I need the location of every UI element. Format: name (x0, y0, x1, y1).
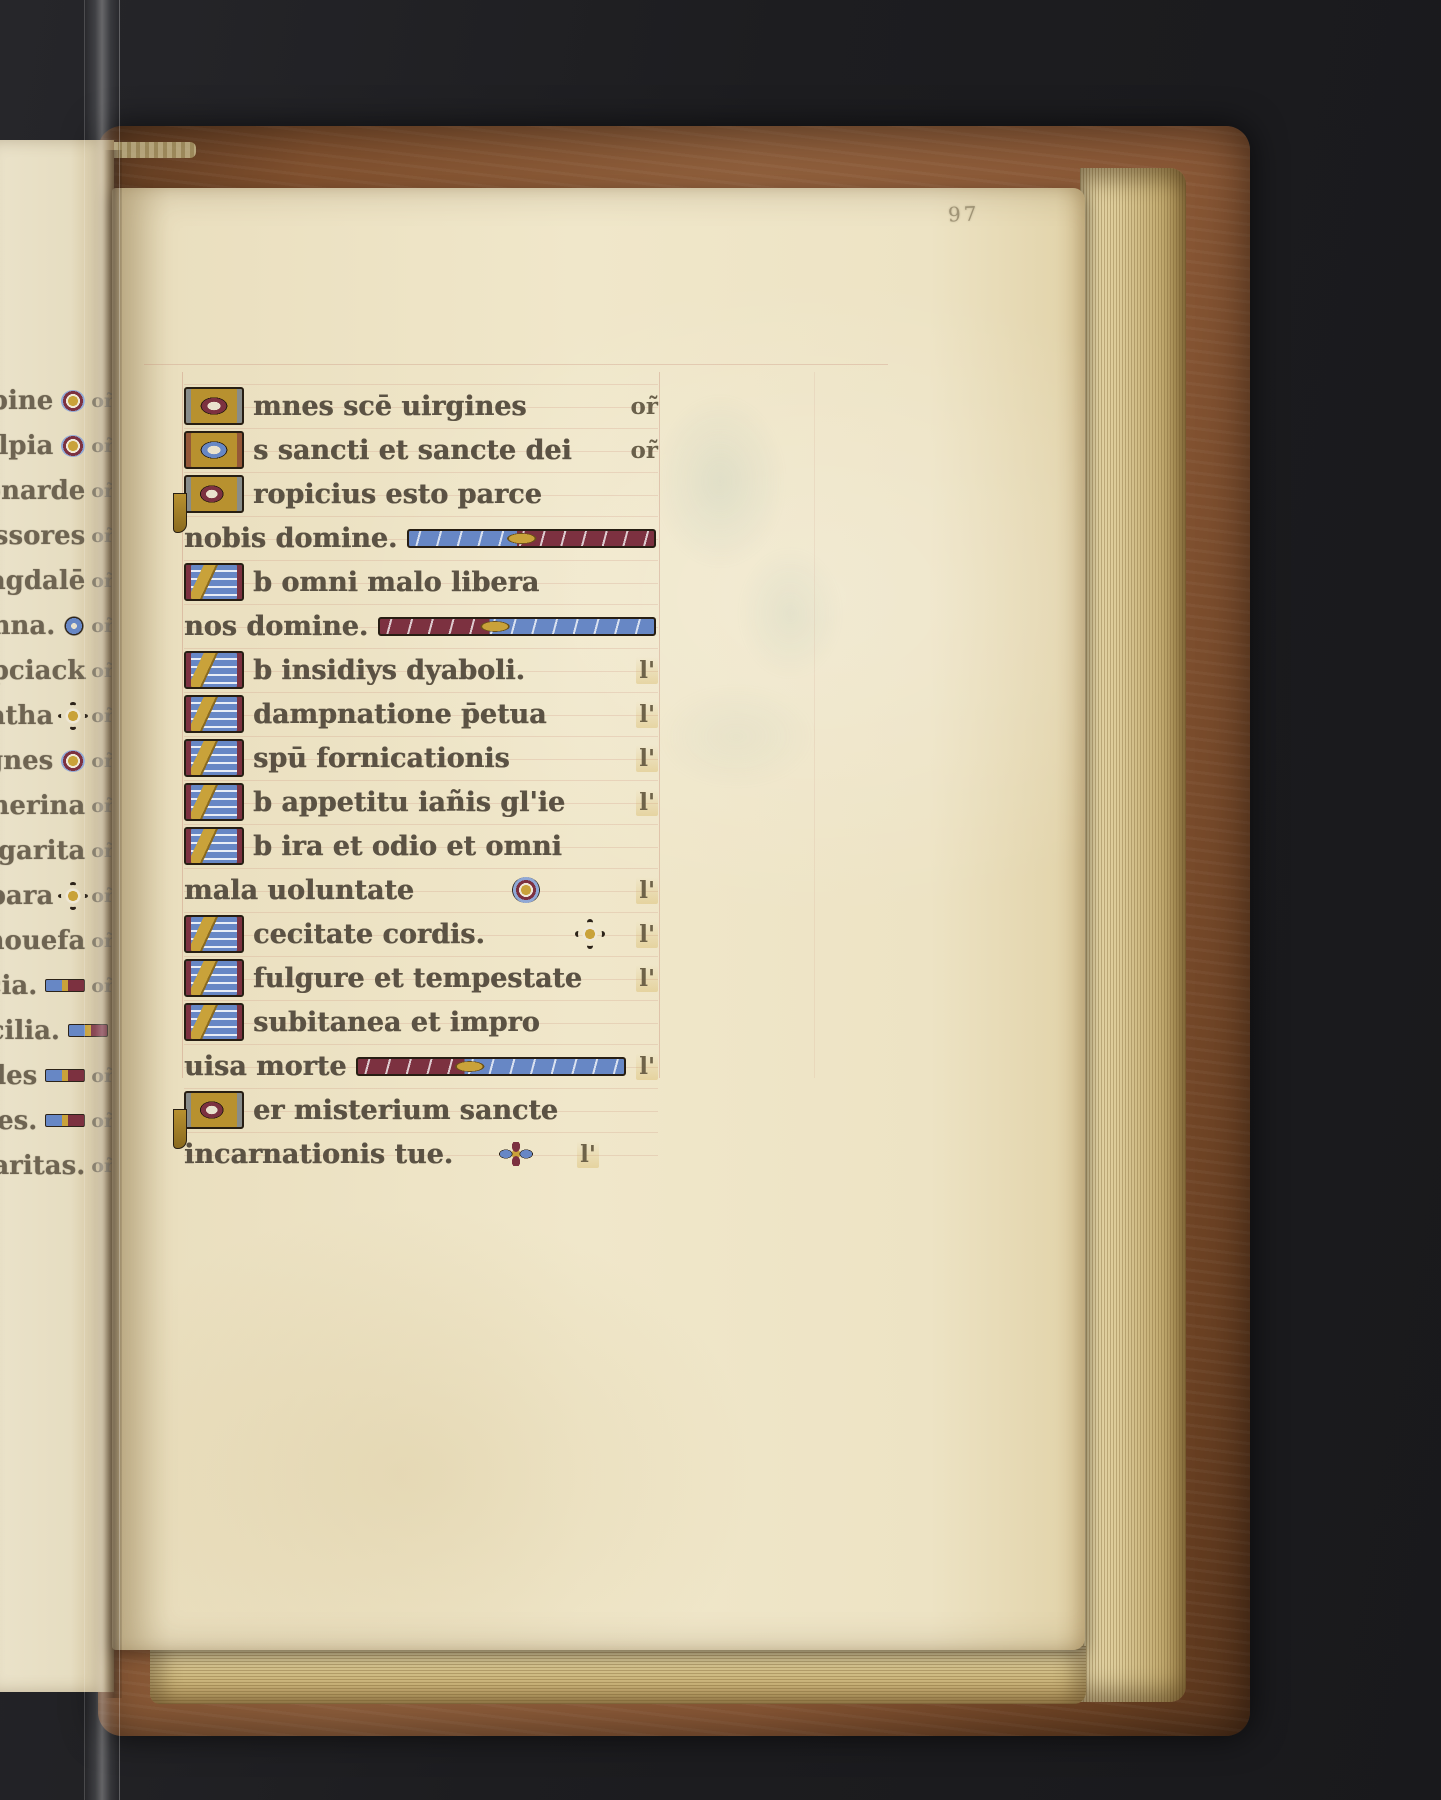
ruling-line-vertical (814, 372, 815, 1078)
illuminated-initial-A (184, 1003, 244, 1041)
illuminated-initial-A (184, 959, 244, 997)
illuminated-initial-A (184, 651, 244, 689)
illuminated-initial-A (184, 739, 244, 777)
right-page: 97 mnes scē uirginesor̃ s sancti et sanc… (112, 188, 1085, 1650)
text-line: b ira et odio et omni (184, 824, 658, 868)
flower-ornament-icon (61, 705, 85, 727)
roundel-ornament-icon (61, 750, 85, 772)
text-line: b appetitu iañis gl'iel' (184, 780, 658, 824)
text-line: nobis domine. (184, 516, 658, 560)
bottom-leaf-stack (150, 1646, 1086, 1704)
folio-number: 97 (948, 201, 980, 226)
text-line: uisa mortel' (184, 1044, 658, 1088)
text-line: fulgure et tempestatel' (184, 956, 658, 1000)
roundel-ornament-icon (61, 435, 85, 457)
roundel-ornament-icon (512, 877, 540, 903)
ruling-line-vertical (182, 372, 183, 1078)
text-line: b omni malo libera (184, 560, 658, 604)
line-filler-bar (378, 617, 656, 636)
line-filler-bar (45, 1114, 85, 1127)
illuminated-initial-A (184, 695, 244, 733)
illuminated-initial-P (184, 475, 244, 513)
fore-edge-leaf-stack (1080, 168, 1186, 1702)
illuminated-initial-A (184, 827, 244, 865)
text-line: nos domine. (184, 604, 658, 648)
text-line: incarnationis tue.l' (184, 1132, 658, 1176)
illuminated-initial-P (184, 1091, 244, 1129)
text-line: mnes scē uirginesor̃ (184, 384, 658, 428)
petal-flower-ornament-icon (499, 1142, 533, 1166)
glass-clamp-strip (84, 0, 120, 1800)
text-line: mala uoluntatel' (184, 868, 658, 912)
ruling-line-horizontal (144, 364, 888, 365)
line-filler-bar (356, 1057, 626, 1076)
line-filler-bar (45, 979, 85, 992)
text-line: subitanea et impro (184, 1000, 658, 1044)
line-filler-bar (45, 1069, 85, 1082)
text-line: cecitate cordis.l' (184, 912, 658, 956)
roundel-ornament-icon (61, 390, 85, 412)
illuminated-initial-A (184, 915, 244, 953)
flower-ornament-icon (63, 615, 85, 637)
illuminated-initial-A (184, 783, 244, 821)
flower-ornament-icon (578, 922, 602, 946)
text-line: ropicius esto parce (184, 472, 658, 516)
text-line: b insidiys dyaboli.l' (184, 648, 658, 692)
text-line: dampnatione p̄etual' (184, 692, 658, 736)
text-block: mnes scē uirginesor̃ s sancti et sancte … (184, 384, 658, 1176)
line-filler-bar (407, 529, 656, 548)
manuscript-photo: obineor̃ ulpiaor̃ onardeor̃ cōfessoresor… (0, 0, 1441, 1800)
illuminated-initial-O (184, 387, 244, 425)
text-line: spū fornicationisl' (184, 736, 658, 780)
illuminated-initial-O (184, 431, 244, 469)
text-line: er misterium sancte (184, 1088, 658, 1132)
flower-ornament-icon (61, 885, 85, 907)
ruling-line-vertical (659, 372, 660, 1078)
illuminated-initial-A (184, 563, 244, 601)
text-line: s sancti et sancte deior̃ (184, 428, 658, 472)
